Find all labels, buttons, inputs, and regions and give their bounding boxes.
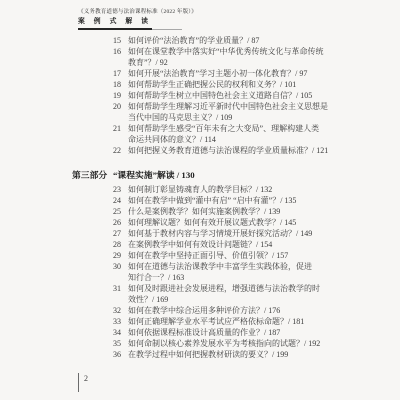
toc-item-number: 31 — [113, 283, 128, 305]
toc-item-line: 如何在教学中坚持正面引导、价值引领？/ 157 — [128, 250, 334, 261]
toc-item-line: 如何在教学中做到“灌中有启” “启中有灌”？/ 135 — [128, 195, 334, 206]
toc-item-line: 如何理解议题？如何有效开展议题式教学？/ 145 — [128, 217, 334, 228]
rule-thin-segment — [152, 29, 182, 30]
toc-item-number: 20 — [113, 101, 128, 123]
toc-item-line: 如何基于教材内容与学习情境开展好探究活动？/ 149 — [128, 228, 334, 239]
toc-item-line: 在教学过程中如何把握教材研读的要义？/ 199 — [128, 349, 334, 360]
toc-item: 17如何开展“法治教育”学习主题小初一体化教育？/ 97 — [113, 68, 334, 79]
rule-thick-segment — [78, 28, 152, 30]
toc-item-line: 如何依据课程标准设计高质量的作业？/ 187 — [128, 327, 334, 338]
toc-item-number: 16 — [113, 46, 128, 68]
running-head: 《义务教育道德与法治课程标准（2022 年版）》 案例式解读 — [78, 9, 197, 30]
toc-item-line: 如何正确理解学业水平考试应严格依标命题？/ 181 — [128, 316, 334, 327]
toc-item: 33如何正确理解学业水平考试应严格依标命题？/ 181 — [113, 316, 334, 327]
toc-item: 25什么是案例教学？如何实施案例教学？/ 139 — [113, 206, 334, 217]
toc-item-text: 什么是案例教学？如何实施案例教学？/ 139 — [128, 206, 334, 217]
toc-item-text: 在教学过程中如何把握教材研读的要义？/ 199 — [128, 349, 334, 360]
toc-item-number: 34 — [113, 327, 128, 338]
toc-item-number: 23 — [113, 184, 128, 195]
toc-item-line: 教育”？/ 92 — [128, 57, 334, 68]
toc-item: 20如何帮助学生理解习近平新时代中国特色社会主义思想是当代中国的马克思主义？/ … — [113, 101, 334, 123]
toc-item: 32如何在教学中综合运用多种评价方法？/ 176 — [113, 305, 334, 316]
toc-item-line: 命运共同体的意义？/ 114 — [128, 134, 334, 145]
toc-item: 22如何把握义务教育道德与法治课程的学业质量标准？/ 121 — [113, 145, 334, 156]
toc-item: 16如何在课堂教学中落实好“中华优秀传统文化与革命传统教育”？/ 92 — [113, 46, 334, 68]
toc-item-number: 28 — [113, 239, 128, 250]
toc-item-number: 18 — [113, 79, 128, 90]
table-of-contents: 15如何评价“法治教育”的学业质量？/ 8716如何在课堂教学中落实好“中华优秀… — [72, 35, 334, 360]
toc-item-text: 如何制订彰显铸魂育人的教学目标？/ 132 — [128, 184, 334, 195]
toc-item-number: 21 — [113, 123, 128, 145]
toc-item-line: 当代中国的马克思主义？/ 109 — [128, 112, 334, 123]
toc-item-number: 25 — [113, 206, 128, 217]
toc-item: 28在案例教学中如何有效设计问题链？/ 154 — [113, 239, 334, 250]
toc-item-number: 35 — [113, 338, 128, 349]
toc-item-number: 17 — [113, 68, 128, 79]
section-part-label: 第三部分 — [72, 169, 113, 181]
toc-item-number: 27 — [113, 228, 128, 239]
toc-item-text: 如何在教学中做到“灌中有启” “启中有灌”？/ 135 — [128, 195, 334, 206]
toc-item-text: 如何及时跟进社会发展进程，增强道德与法治教学的时效性？/ 169 — [128, 283, 334, 305]
toc-item-text: 如何在课堂教学中落实好“中华优秀传统文化与革命传统教育”？/ 92 — [128, 46, 334, 68]
toc-item-line: 知行合一？/ 163 — [128, 272, 334, 283]
toc-item: 29如何在教学中坚持正面引导、价值引领？/ 157 — [113, 250, 334, 261]
toc-item-line: 如何在课堂教学中落实好“中华优秀传统文化与革命传统 — [128, 46, 334, 57]
toc-item-text: 如何在教学中坚持正面引导、价值引领？/ 157 — [128, 250, 334, 261]
toc-item: 36在教学过程中如何把握教材研读的要义？/ 199 — [113, 349, 334, 360]
toc-part2-items: 15如何评价“法治教育”的学业质量？/ 8716如何在课堂教学中落实好“中华优秀… — [113, 35, 334, 156]
running-head-subtitle: 案例式解读 — [78, 18, 197, 26]
section-heading: 第三部分 “课程实施”解读 / 130 — [72, 169, 334, 181]
toc-item-text: 如何帮助学生理解习近平新时代中国特色社会主义思想是当代中国的马克思主义？/ 10… — [128, 101, 334, 123]
toc-item: 18如何帮助学生正确把握公民的权利和义务？/ 101 — [113, 79, 334, 90]
toc-item-line: 如何帮助学生感受“百年未有之大变局”、理解构建人类 — [128, 123, 334, 134]
toc-item-number: 36 — [113, 349, 128, 360]
toc-item-text: 如何在道德与法治课教学中丰富学生实践体验，促进知行合一？/ 163 — [128, 261, 334, 283]
toc-item-line: 如何在道德与法治课教学中丰富学生实践体验，促进 — [128, 261, 334, 272]
toc-item-text: 如何依据课程标准设计高质量的作业？/ 187 — [128, 327, 334, 338]
toc-item-text: 在案例教学中如何有效设计问题链？/ 154 — [128, 239, 334, 250]
page-number-rule — [78, 373, 79, 392]
toc-item-line: 如何帮助学生树立中国特色社会主义道路自信？/ 105 — [128, 90, 334, 101]
toc-item-text: 如何在教学中综合运用多种评价方法？/ 176 — [128, 305, 334, 316]
toc-item-line: 效性？/ 169 — [128, 294, 334, 305]
toc-item-text: 如何开展“法治教育”学习主题小初一体化教育？/ 97 — [128, 68, 334, 79]
running-head-book-title: 《义务教育道德与法治课程标准（2022 年版）》 — [78, 9, 197, 16]
toc-item-line: 如何帮助学生正确把握公民的权利和义务？/ 101 — [128, 79, 334, 90]
toc-item: 23如何制订彰显铸魂育人的教学目标？/ 132 — [113, 184, 334, 195]
book-page: 《义务教育道德与法治课程标准（2022 年版）》 案例式解读 15如何评价“法治… — [0, 0, 400, 400]
toc-item: 19如何帮助学生树立中国特色社会主义道路自信？/ 105 — [113, 90, 334, 101]
toc-item-text: 如何帮助学生树立中国特色社会主义道路自信？/ 105 — [128, 90, 334, 101]
toc-item-text: 如何评价“法治教育”的学业质量？/ 87 — [128, 35, 334, 46]
toc-item: 26如何理解议题？如何有效开展议题式教学？/ 145 — [113, 217, 334, 228]
toc-item-line: 如何制订彰显铸魂育人的教学目标？/ 132 — [128, 184, 334, 195]
toc-item-number: 22 — [113, 145, 128, 156]
toc-item: 30如何在道德与法治课教学中丰富学生实践体验，促进知行合一？/ 163 — [113, 261, 334, 283]
toc-item-line: 什么是案例教学？如何实施案例教学？/ 139 — [128, 206, 334, 217]
toc-item-line: 如何及时跟进社会发展进程，增强道德与法治教学的时 — [128, 283, 334, 294]
toc-item-number: 33 — [113, 316, 128, 327]
toc-item-text: 如何正确理解学业水平考试应严格依标命题？/ 181 — [128, 316, 334, 327]
toc-item-number: 29 — [113, 250, 128, 261]
toc-item-line: 在案例教学中如何有效设计问题链？/ 154 — [128, 239, 334, 250]
toc-item-line: 如何开展“法治教育”学习主题小初一体化教育？/ 97 — [128, 68, 334, 79]
toc-item: 15如何评价“法治教育”的学业质量？/ 87 — [113, 35, 334, 46]
toc-item: 21如何帮助学生感受“百年未有之大变局”、理解构建人类命运共同体的意义？/ 11… — [113, 123, 334, 145]
toc-item-number: 19 — [113, 90, 128, 101]
toc-item-line: 如何命制以核心素养发展水平为考核指向的试题？/ 192 — [128, 338, 334, 349]
toc-item-text: 如何把握义务教育道德与法治课程的学业质量标准？/ 121 — [128, 145, 334, 156]
toc-item-number: 30 — [113, 261, 128, 283]
running-head-rule — [78, 28, 197, 30]
toc-item-line: 如何帮助学生理解习近平新时代中国特色社会主义思想是 — [128, 101, 334, 112]
page-number: 2 — [84, 374, 88, 383]
toc-item-text: 如何理解议题？如何有效开展议题式教学？/ 145 — [128, 217, 334, 228]
toc-item-line: 如何把握义务教育道德与法治课程的学业质量标准？/ 121 — [128, 145, 334, 156]
toc-item-text: 如何基于教材内容与学习情境开展好探究活动？/ 149 — [128, 228, 334, 239]
toc-item: 31如何及时跟进社会发展进程，增强道德与法治教学的时效性？/ 169 — [113, 283, 334, 305]
section-title: “课程实施”解读 / 130 — [113, 169, 195, 181]
toc-item: 27如何基于教材内容与学习情境开展好探究活动？/ 149 — [113, 228, 334, 239]
toc-item: 34如何依据课程标准设计高质量的作业？/ 187 — [113, 327, 334, 338]
toc-item-line: 如何在教学中综合运用多种评价方法？/ 176 — [128, 305, 334, 316]
toc-item-number: 32 — [113, 305, 128, 316]
toc-item-number: 26 — [113, 217, 128, 228]
toc-item-line: 如何评价“法治教育”的学业质量？/ 87 — [128, 35, 334, 46]
toc-part3-items: 23如何制订彰显铸魂育人的教学目标？/ 13224如何在教学中做到“灌中有启” … — [113, 184, 334, 360]
toc-item-text: 如何帮助学生正确把握公民的权利和义务？/ 101 — [128, 79, 334, 90]
toc-item: 35如何命制以核心素养发展水平为考核指向的试题？/ 192 — [113, 338, 334, 349]
toc-item-text: 如何帮助学生感受“百年未有之大变局”、理解构建人类命运共同体的意义？/ 114 — [128, 123, 334, 145]
toc-item-number: 15 — [113, 35, 128, 46]
toc-item-number: 24 — [113, 195, 128, 206]
toc-item: 24如何在教学中做到“灌中有启” “启中有灌”？/ 135 — [113, 195, 334, 206]
toc-item-text: 如何命制以核心素养发展水平为考核指向的试题？/ 192 — [128, 338, 334, 349]
